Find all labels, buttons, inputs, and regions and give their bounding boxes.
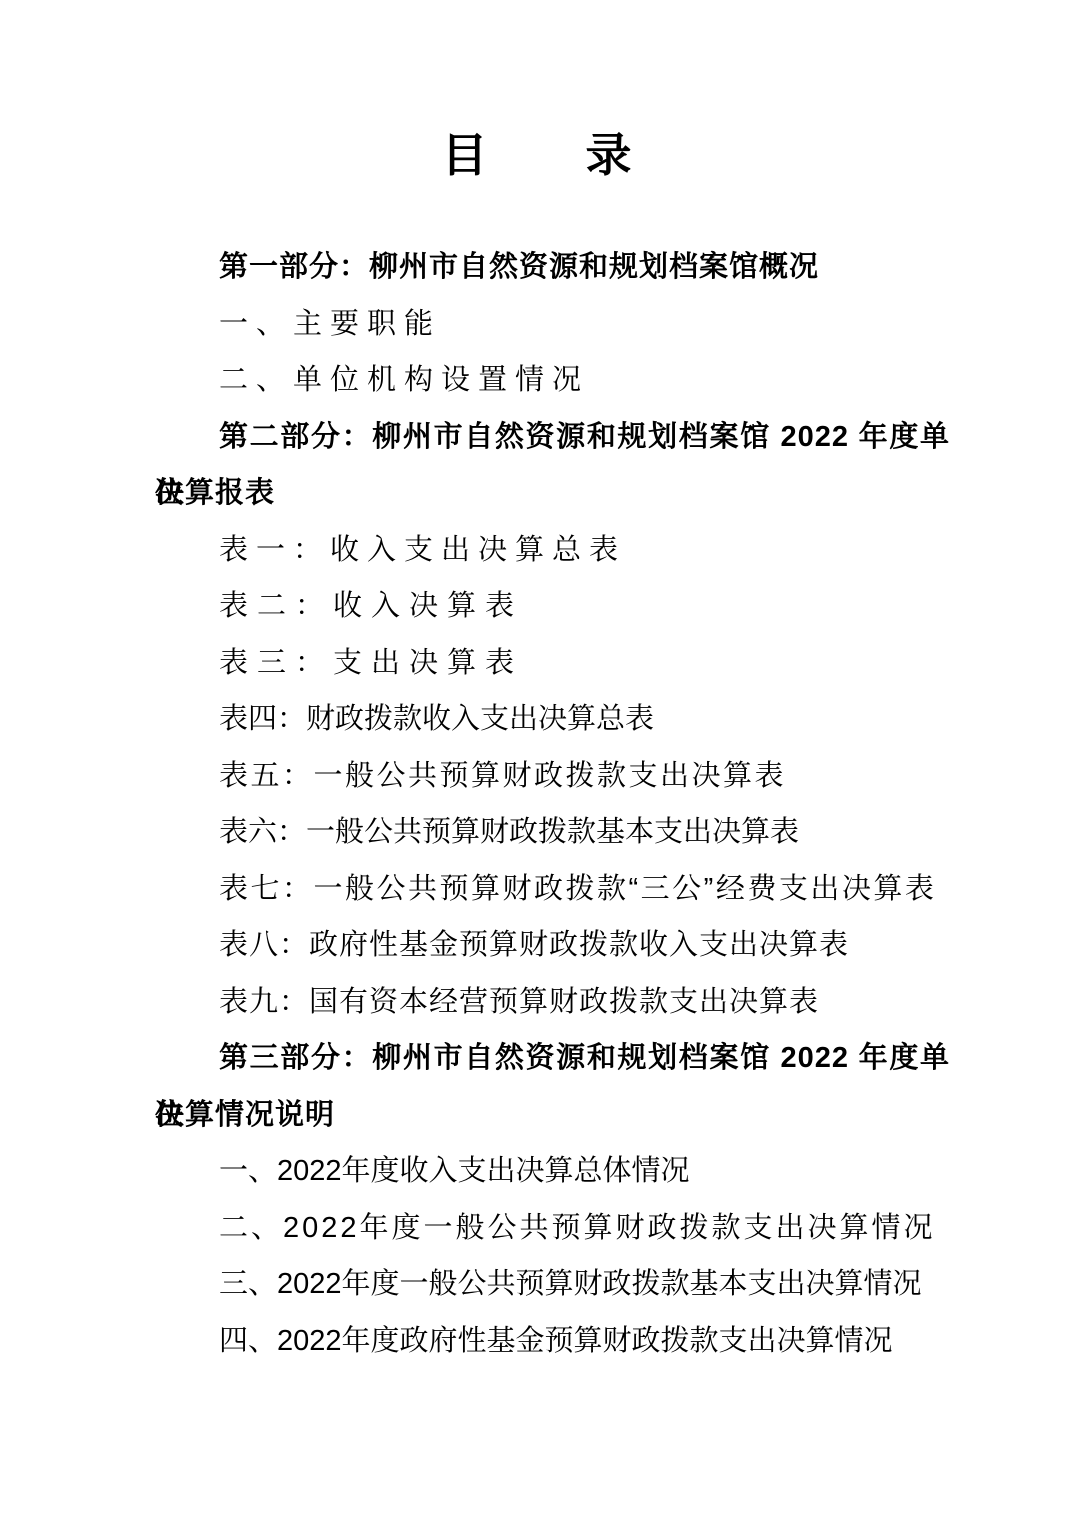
toc-entry-table-7: 表七：一般公共预算财政拨款“三公”经费支出决算表 — [0, 861, 1075, 918]
toc-entry-part3-heading-line2: 决算情况说明 — [0, 1087, 1075, 1144]
toc-entry-part3-heading-line1: 第三部分：柳州市自然资源和规划档案馆 2022 年度单位 — [0, 1030, 1075, 1087]
toc-list: 第一部分：柳州市自然资源和规划档案馆概况 一、主要职能 二、单位机构设置情况 第… — [0, 239, 1075, 1369]
toc-entry-table-6: 表六：一般公共预算财政拨款基本支出决算表 — [0, 804, 1075, 861]
toc-entry-table-1: 表一：收入支出决算总表 — [0, 522, 1075, 579]
toc-entry-part2-heading-line1: 第二部分：柳州市自然资源和规划档案馆 2022 年度单位 — [0, 409, 1075, 466]
toc-entry-table-4: 表四：财政拨款收入支出决算总表 — [0, 691, 1075, 748]
toc-entry-part3-item-1: 一、2022年度收入支出决算总体情况 — [0, 1143, 1075, 1200]
toc-entry-part3-item-3: 三、2022年度一般公共预算财政拨款基本支出决算情况 — [0, 1256, 1075, 1313]
toc-title: 目 录 — [0, 125, 1075, 185]
toc-entry-part2-heading-line2: 决算报表 — [0, 465, 1075, 522]
toc-entry-table-2: 表二：收入决算表 — [0, 578, 1075, 635]
toc-entry-part3-item-2: 二、2022年度一般公共预算财政拨款支出决算情况 — [0, 1200, 1075, 1257]
toc-entry-table-9: 表九：国有资本经营预算财政拨款支出决算表 — [0, 974, 1075, 1031]
toc-entry-table-8: 表八：政府性基金预算财政拨款收入支出决算表 — [0, 917, 1075, 974]
toc-entry-part1-item-1: 一、主要职能 — [0, 296, 1075, 353]
document-page: 目 录 第一部分：柳州市自然资源和规划档案馆概况 一、主要职能 二、单位机构设置… — [0, 0, 1075, 1520]
toc-entry-part1-item-2: 二、单位机构设置情况 — [0, 352, 1075, 409]
toc-entry-part3-item-4: 四、2022年度政府性基金预算财政拨款支出决算情况 — [0, 1313, 1075, 1370]
toc-entry-part1-heading: 第一部分：柳州市自然资源和规划档案馆概况 — [0, 239, 1075, 296]
toc-entry-table-3: 表三：支出决算表 — [0, 635, 1075, 692]
toc-entry-table-5: 表五：一般公共预算财政拨款支出决算表 — [0, 748, 1075, 805]
